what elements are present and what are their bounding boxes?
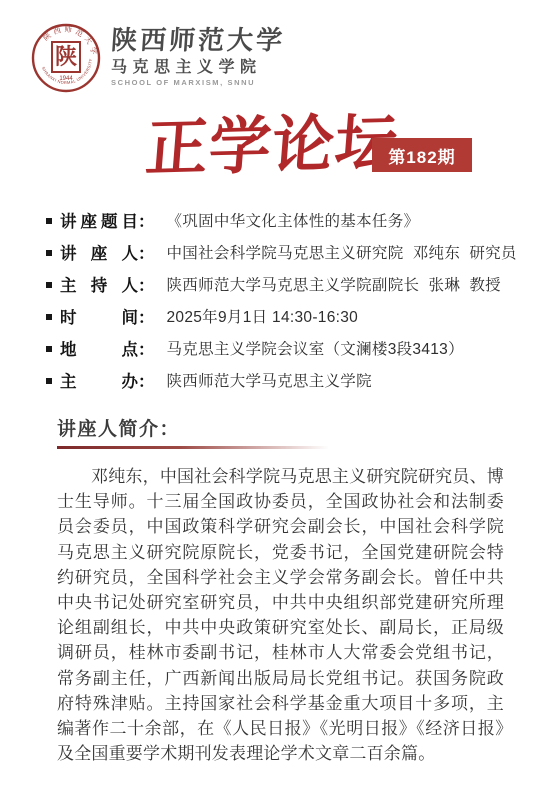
university-seal-icon: 陕西师范大学 SHAANXI NORMAL UNIVERSITY 陕 1944 — [30, 22, 102, 94]
info-label: 时间 — [60, 308, 138, 328]
info-colon: ： — [138, 212, 155, 232]
info-colon: ： — [138, 372, 155, 392]
info-row-topic: 讲座题目 ： 《巩固中华文化主体性的基本任务》 — [46, 212, 521, 232]
school-name: 马克思主义学院 — [111, 59, 285, 77]
bullet-square-icon — [46, 250, 52, 256]
forum-title: 正学论坛 — [142, 95, 379, 197]
info-label: 讲座人 — [60, 244, 138, 264]
info-row-time: 时间 ： 2025年9月1日 14:30-16:30 — [46, 308, 521, 328]
issue-number-badge: 第182期 — [372, 138, 472, 172]
info-value: 陕西师范大学马克思主义学院副院长 张琳 教授 — [167, 276, 501, 296]
school-logo: 陕西师范大学 SHAANXI NORMAL UNIVERSITY 陕 1944 … — [30, 22, 285, 94]
bio-heading-underline — [57, 446, 329, 449]
info-row-speaker: 讲座人 ： 中国社会科学院马克思主义研究院 邓纯东 研究员 — [46, 244, 521, 264]
info-row-host: 主持人 ： 陕西师范大学马克思主义学院副院长 张琳 教授 — [46, 276, 521, 296]
bio-section-heading: 讲座人简介： — [57, 414, 180, 441]
bullet-square-icon — [46, 378, 52, 384]
bullet-square-icon — [46, 282, 52, 288]
bullet-square-icon — [46, 314, 52, 320]
info-value: 2025年9月1日 14:30-16:30 — [167, 308, 359, 328]
info-colon: ： — [138, 276, 155, 296]
info-value: 《巩固中华文化主体性的基本任务》 — [167, 212, 420, 232]
bullet-square-icon — [46, 346, 52, 352]
speaker-bio-paragraph: 邓纯东，中国社会科学院马克思主义研究院研究员、博士生导师。十三届全国政协委员，全… — [57, 464, 504, 766]
bullet-square-icon — [46, 218, 52, 224]
info-row-location: 地点 ： 马克思主义学院会议室（文澜楼3段3413） — [46, 340, 521, 360]
school-name-english: SCHOOL OF MARXISM, SNNU — [111, 79, 285, 87]
svg-text:1944: 1944 — [59, 76, 73, 82]
lecture-poster: { "header": { "seal_char": "陕", "seal_ye… — [0, 0, 558, 800]
info-value: 中国社会科学院马克思主义研究院 邓纯东 研究员 — [167, 244, 517, 264]
info-label: 地点 — [60, 340, 138, 360]
info-label: 主持人 — [60, 276, 138, 296]
info-row-organizer: 主办 ： 陕西师范大学马克思主义学院 — [46, 372, 521, 392]
lecture-info-list: 讲座题目 ： 《巩固中华文化主体性的基本任务》 讲座人 ： 中国社会科学院马克思… — [46, 212, 521, 404]
university-name: 陕西师范大学 — [110, 28, 286, 55]
svg-text:陕: 陕 — [55, 44, 77, 70]
info-colon: ： — [138, 308, 155, 328]
info-label: 主办 — [60, 372, 138, 392]
info-value: 马克思主义学院会议室（文澜楼3段3413） — [167, 340, 464, 360]
info-colon: ： — [138, 244, 155, 264]
info-colon: ： — [138, 340, 155, 360]
info-value: 陕西师范大学马克思主义学院 — [167, 372, 372, 392]
logo-text-block: 陕西师范大学 马克思主义学院 SCHOOL OF MARXISM, SNNU — [111, 28, 285, 87]
info-label: 讲座题目 — [60, 212, 138, 232]
